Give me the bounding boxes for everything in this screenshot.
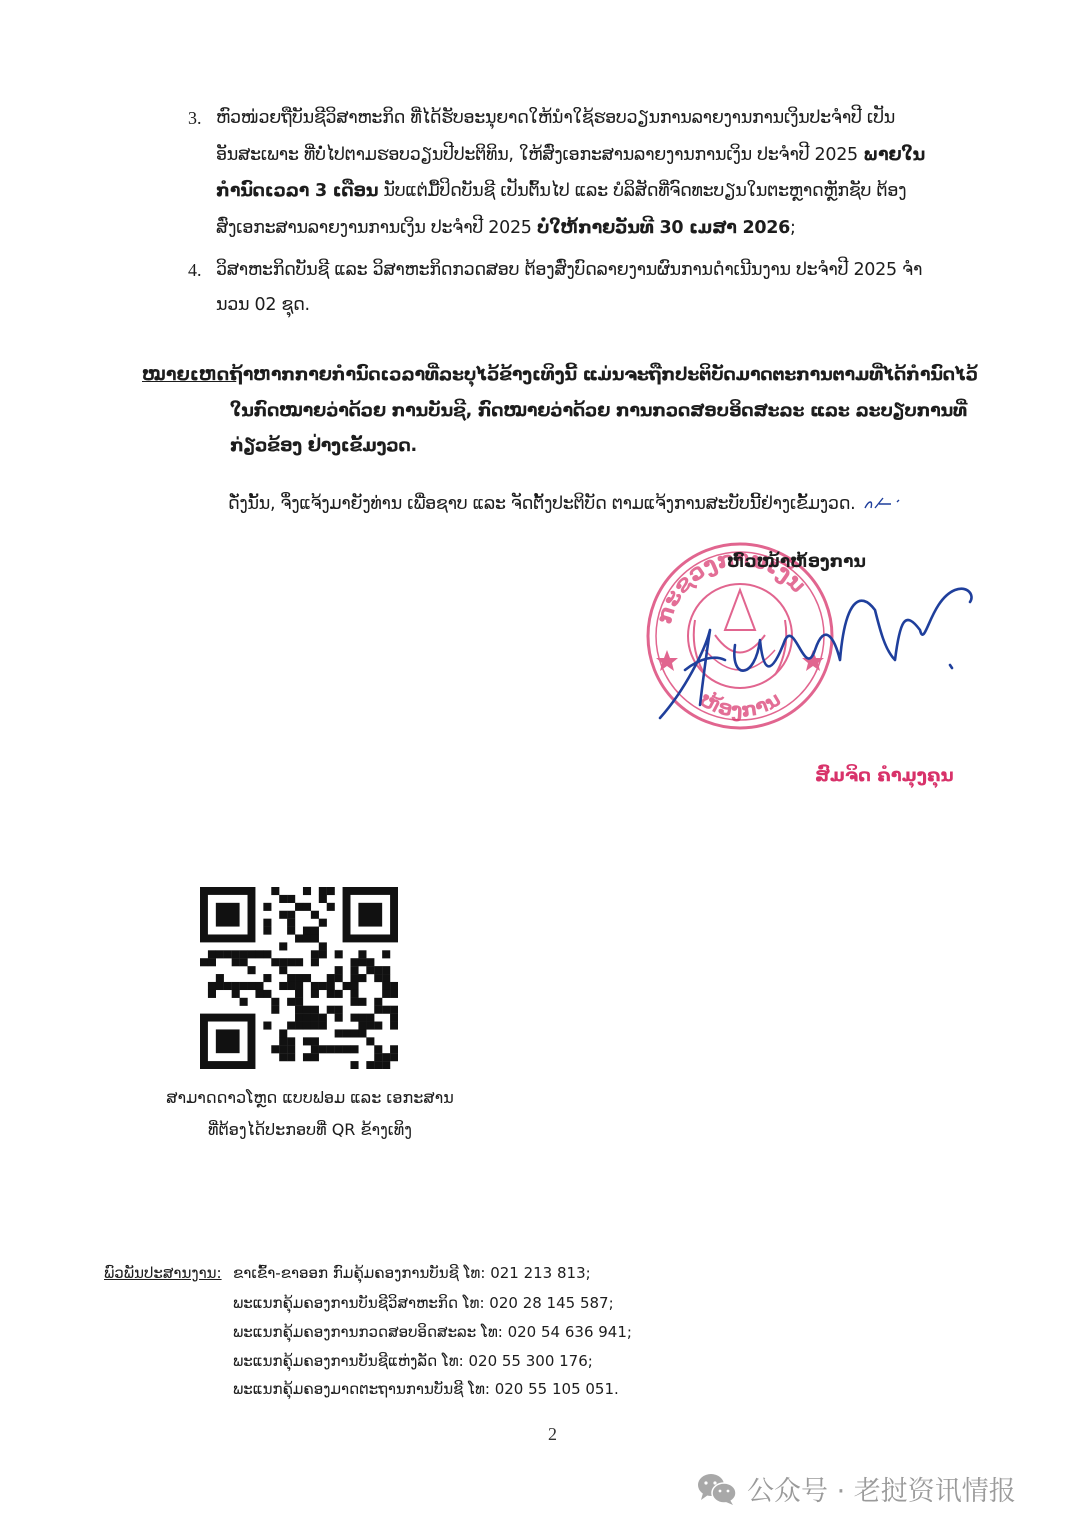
contact-line: ຂາເຂົ້າ-ຂາອອກ ກົມຄຸ້ມຄອງການບັນຊີ ໂທ: 021… <box>233 1264 591 1282</box>
watermark: 公众号 · 老挝资讯情报 <box>697 1469 1016 1508</box>
contact-line: ພະແນກຄຸ້ມຄອງການບັນຊີວິສາຫະກິດ ໂທ: 020 28… <box>233 1294 614 1312</box>
page-number: 2 <box>548 1424 557 1445</box>
item-line: ຫົວໜ່ວຍຖືບັນຊີວິສາຫະກິດ ທີ່ໄດ້ຮັບອະນຸຍາດ… <box>216 108 895 128</box>
item-line: ນວນ 02 ຊຸດ. <box>216 295 310 315</box>
qr-caption-line: ທີ່ຕ້ອງໄດ້ປະກອບທີ່ QR ຂ້າງເທິງ <box>140 1120 480 1139</box>
note-line: ກ່ຽວຂ້ອງ ຢ່າງເຂັ້ມງວດ. <box>230 436 417 456</box>
item-number: 3. <box>188 108 202 129</box>
watermark-text: 公众号 · 老挝资讯情报 <box>747 1469 1016 1508</box>
item-line: ກຳນົດເວລາ 3 ເດືອນ ນັບແຕ່ມື້ປິດບັນຊີ ເປັນ… <box>216 181 906 201</box>
signatory-name: ສົມຈິດ ຄຳມຸງຄຸນ <box>815 765 954 786</box>
item-line: ວິສາຫະກິດບັນຊີ ແລະ ວິສາຫະກິດກວດສອບ ຕ້ອງສ… <box>216 260 922 280</box>
stamp-bottom-text: ຫ້ອງການ <box>696 687 785 722</box>
svg-text:ຫ້ອງການ: ຫ້ອງການ <box>696 687 785 722</box>
closing-text: ດັ່ງນັ້ນ, ຈຶ່ງແຈ້ງມາຍັງທ່ານ ເພື່ອຊາບ ແລະ… <box>228 494 855 514</box>
contact-line: ພະແນກຄຸ້ມຄອງມາດຕະຖານການບັນຊີ ໂທ: 020 55 … <box>233 1380 619 1398</box>
contacts-label: ພົວພັນປະສານງານ: <box>104 1264 222 1282</box>
note-line: ຖ້າຫາກກາຍກຳນົດເວລາທີ່ລະບຸໄວ້ຂ້າງເທິງນີ້ … <box>230 365 978 385</box>
contact-line: ພະແນກຄຸ້ມຄອງການບັນຊີແຫ່ງລັດ ໂທ: 020 55 3… <box>233 1352 593 1370</box>
closing-sentence: ດັ່ງນັ້ນ, ຈຶ່ງແຈ້ງມາຍັງທ່ານ ເພື່ອຊາບ ແລະ… <box>228 494 901 514</box>
item-line: ອັນສະເພາະ ທີ່ບໍ່ໄປຕາມຮອບວຽນປີປະຕິທິນ, ໃຫ… <box>216 145 925 165</box>
signatory-title: ຫົວໜ້າຫ້ອງການ <box>727 552 866 572</box>
note-line: ໃນກົດໝາຍວ່າດ້ວຍ ການບັນຊີ, ກົດໝາຍວ່າດ້ວຍ … <box>230 401 967 421</box>
note-label: ໝາຍເຫດ: <box>142 365 236 385</box>
initials-mark-icon <box>861 496 901 512</box>
wechat-icon <box>697 1473 737 1505</box>
item-number: 4. <box>188 260 202 281</box>
qr-code-icon[interactable] <box>200 887 398 1069</box>
contact-line: ພະແນກຄຸ້ມຄອງການກວດສອບອິດສະລະ ໂທ: 020 54 … <box>233 1323 632 1341</box>
item-line: ສົ່ງເອກະສານລາຍງານການເງິນ ປະຈຳປີ 2025 ບໍ່… <box>216 218 796 238</box>
qr-caption-line: ສາມາດດາວໂຫຼດ ແບບຟອມ ແລະ ເອກະສານ <box>140 1088 480 1107</box>
